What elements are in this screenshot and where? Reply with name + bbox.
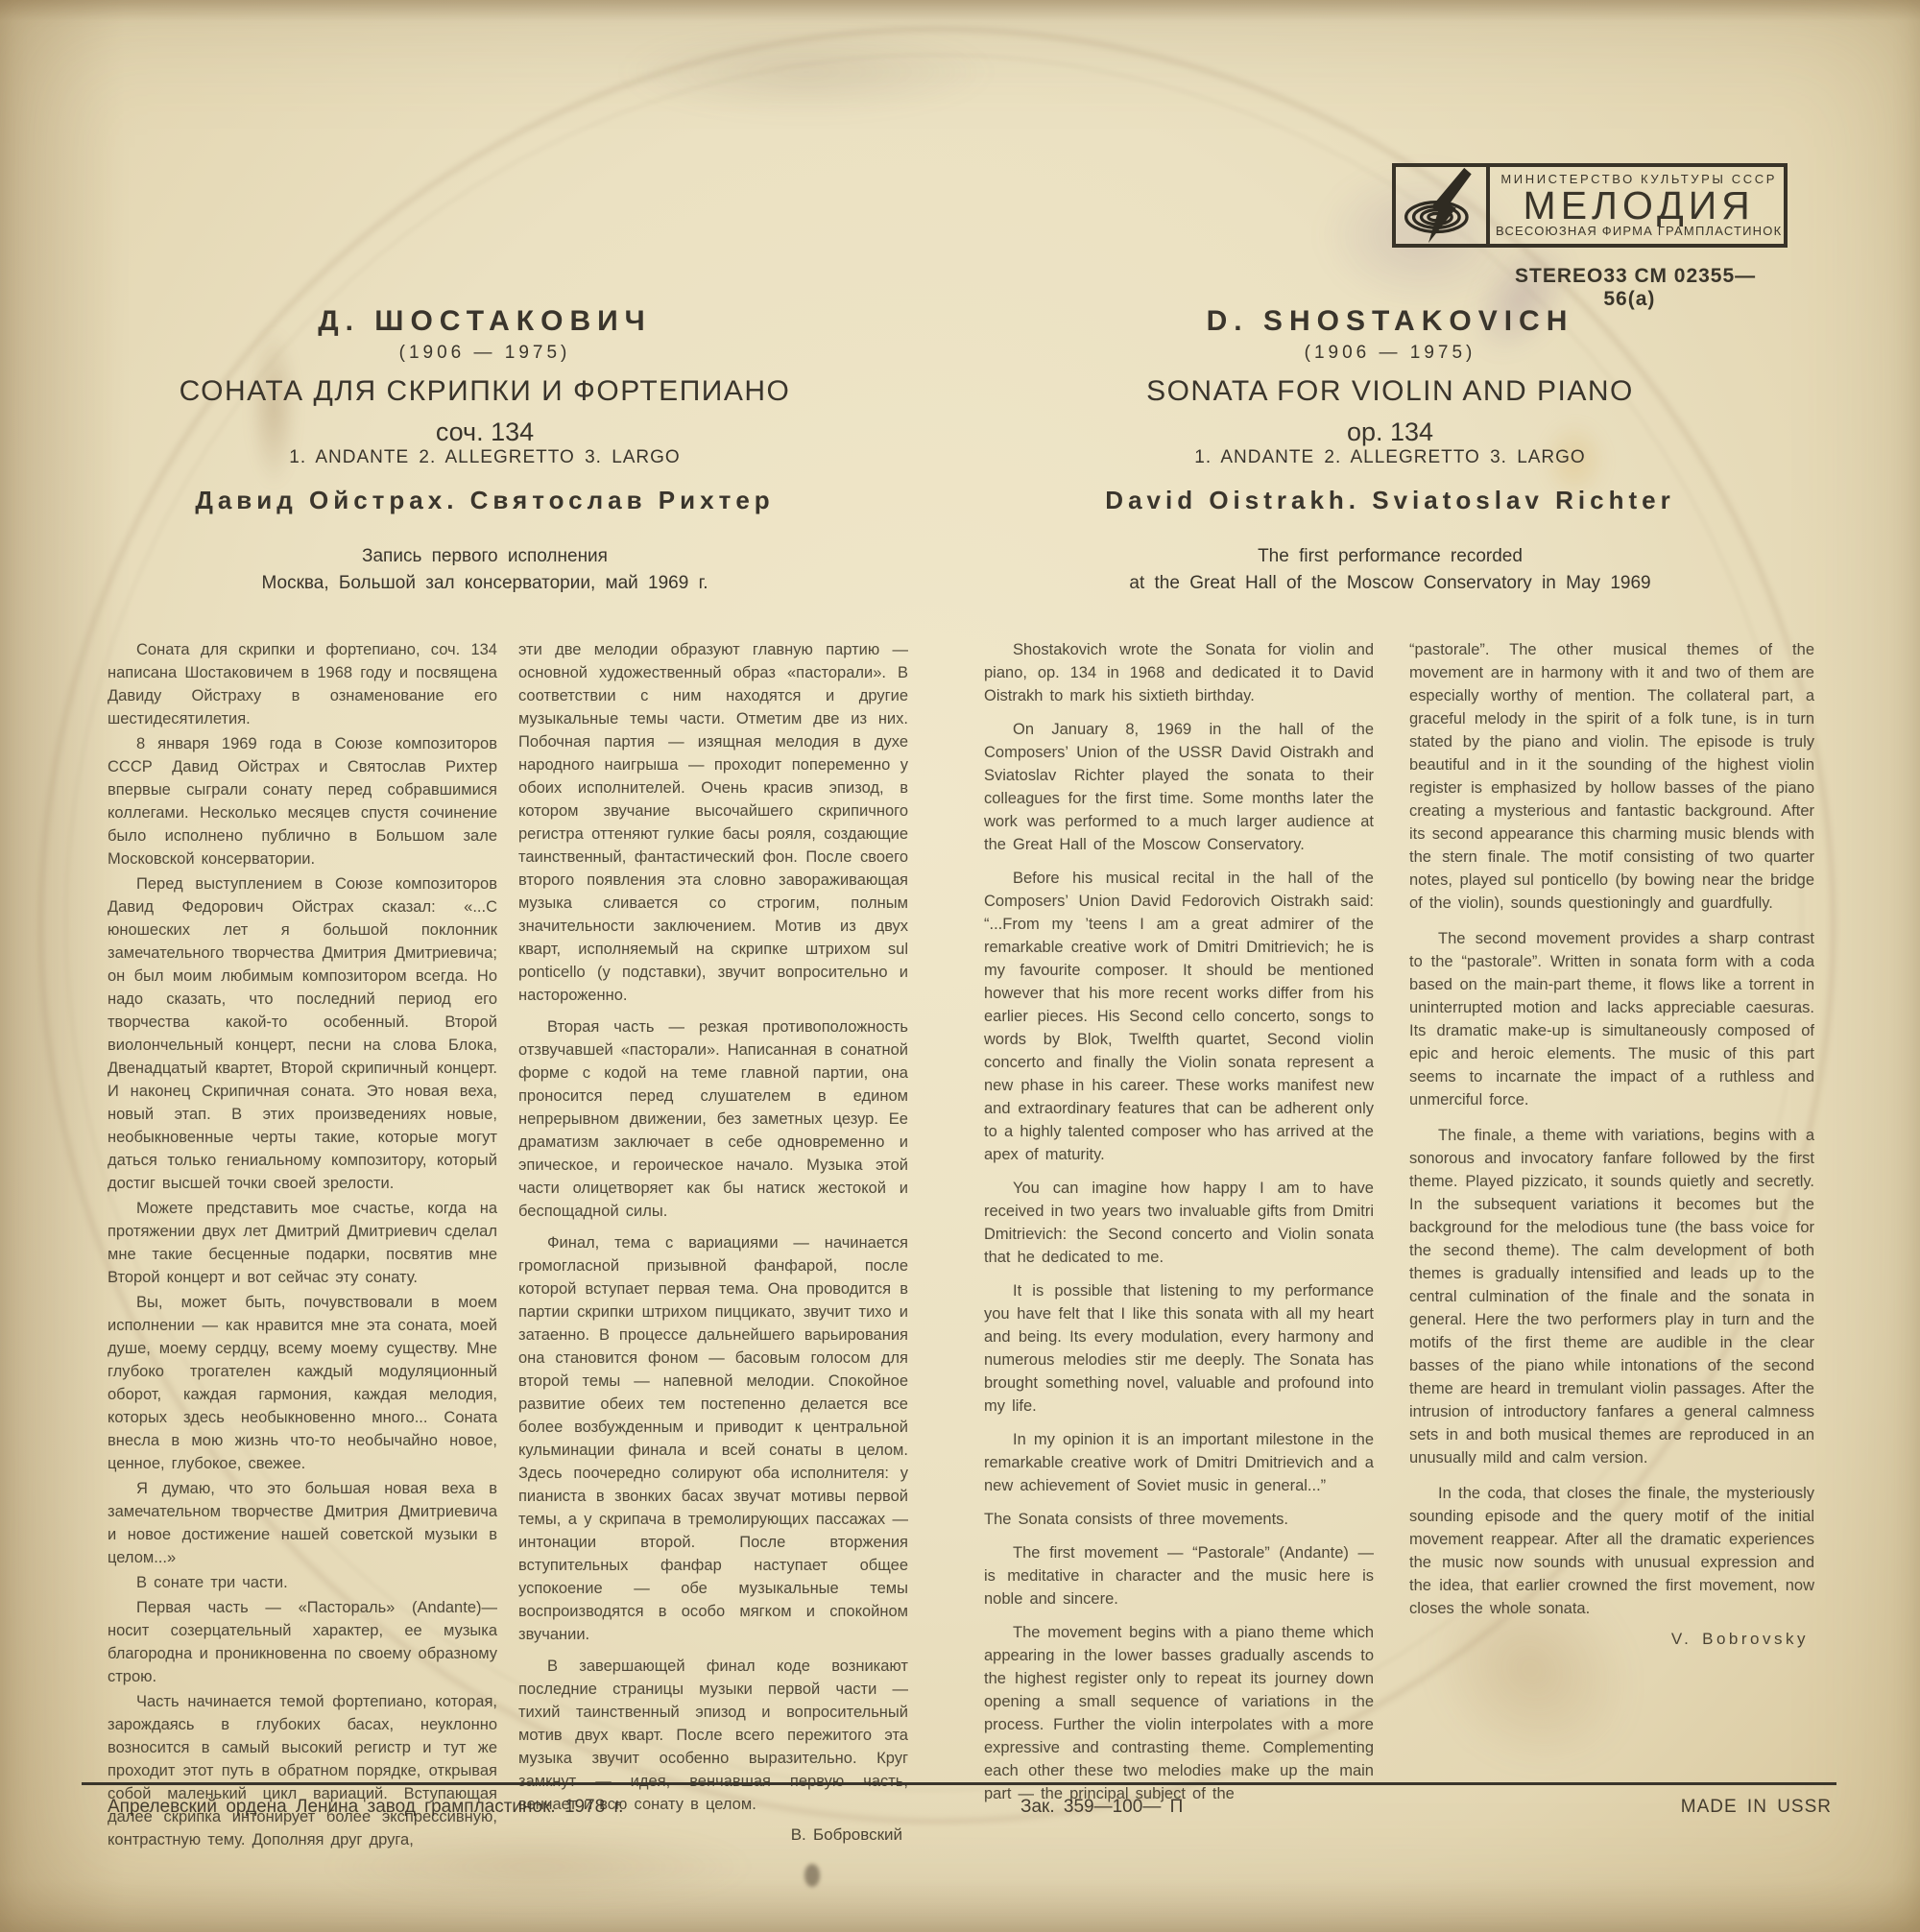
record-sleeve-back: МИНИСТЕРСТВО КУЛЬТУРЫ СССР МЕЛОДИЯ ВСЕСО… <box>0 0 1920 1932</box>
paragraph-list-ru-2: эти две мелодии образуют главную партию … <box>518 638 908 1816</box>
recording-note-ru-2: Москва, Большой зал консерватории, май 1… <box>88 573 881 594</box>
pressing-plant-credit: Апрелевский ордена Ленина завод грамплас… <box>108 1797 623 1818</box>
paragraph-list-en-1: Shostakovich wrote the Sonata for violin… <box>984 638 1374 1805</box>
composer-years-en: (1906 — 1975) <box>975 343 1805 364</box>
catalog-row: STEREO 33 СМ 02355—56(а) <box>1515 265 1805 311</box>
performers-ru: Давид Ойстрах. Святослав Рихтер <box>88 486 881 515</box>
movement-list-ru: 1. ANDANTE 2. ALLEGRETTO 3. LARGO <box>88 447 881 468</box>
composer-years-ru: (1906 — 1975) <box>88 343 881 364</box>
opus-number-ru: соч. 134 <box>88 417 881 447</box>
paragraph: The movement begins with a piano theme w… <box>984 1621 1374 1805</box>
print-order-number: Зак. 359—100— П <box>1020 1797 1183 1818</box>
made-in-ussr-label: MADE IN USSR <box>1681 1797 1832 1818</box>
liner-notes-ru-column-2: эти две мелодии образуют главную партию … <box>518 638 908 1847</box>
paragraph: In the coda, that closes the finale, the… <box>1409 1482 1814 1620</box>
footer-rule <box>82 1782 1836 1785</box>
paragraph-list-en-2: “pastorale”. The other musical themes of… <box>1409 638 1814 1620</box>
paragraph: Можете представить мое счастье, когда на… <box>108 1197 497 1289</box>
paragraph: Соната для скрипки и фортепиано, соч. 13… <box>108 638 497 730</box>
paragraph: 8 января 1969 года в Союзе композиторов … <box>108 732 497 871</box>
melodiya-brand: МЕЛОДИЯ <box>1496 187 1782 224</box>
composer-name-en: D. SHOSTAKOVICH <box>975 305 1805 338</box>
recording-note-en-2: at the Great Hall of the Moscow Conserva… <box>975 573 1805 594</box>
liner-notes-ru-column-1: Соната для скрипки и фортепиано, соч. 13… <box>108 638 497 1851</box>
paragraph: It is possible that listening to my perf… <box>984 1279 1374 1418</box>
recording-note-ru-1: Запись первого исполнения <box>88 546 881 567</box>
firm-line: ВСЕСОЮЗНАЯ ФИРМА ГРАМПЛАСТИНОК <box>1496 224 1782 238</box>
stain-speck <box>804 1864 820 1887</box>
paragraph: Часть начинается темой фортепиано, котор… <box>108 1690 497 1851</box>
paragraph: Я думаю, что это большая новая веха в за… <box>108 1477 497 1569</box>
paragraph: эти две мелодии образуют главную партию … <box>518 638 908 1007</box>
paragraph-list-ru-1: Соната для скрипки и фортепиано, соч. 13… <box>108 638 497 1851</box>
paragraph: “pastorale”. The other musical themes of… <box>1409 638 1814 915</box>
paragraph: In my opinion it is an important milesto… <box>984 1428 1374 1497</box>
liner-notes-en-column-1: Shostakovich wrote the Sonata for violin… <box>984 638 1374 1805</box>
paragraph: Before his musical recital in the hall o… <box>984 867 1374 1166</box>
melodiya-logo-text: МИНИСТЕРСТВО КУЛЬТУРЫ СССР МЕЛОДИЯ ВСЕСО… <box>1490 167 1788 244</box>
composer-name-ru: Д. ШОСТАКОВИЧ <box>88 305 881 338</box>
work-title-ru: СОНАТА ДЛЯ СКРИПКИ И ФОРТЕПИАНО <box>88 375 881 408</box>
author-signature-ru: В. Бобровский <box>518 1824 902 1847</box>
paragraph: Вторая часть — резкая противоположность … <box>518 1015 908 1223</box>
paragraph: The Sonata consists of three movements. <box>984 1508 1374 1531</box>
melodiya-emblem-icon <box>1396 167 1490 244</box>
melodiya-logo-box: МИНИСТЕРСТВО КУЛЬТУРЫ СССР МЕЛОДИЯ ВСЕСО… <box>1392 163 1788 248</box>
paragraph: On January 8, 1969 in the hall of the Co… <box>984 718 1374 856</box>
paragraph: Вы, может быть, почувствовали в моем исп… <box>108 1291 497 1475</box>
edge-left-shading <box>0 0 125 1932</box>
paragraph: The first movement — “Pastorale” (Andant… <box>984 1541 1374 1610</box>
movement-list-en: 1. ANDANTE 2. ALLEGRETTO 3. LARGO <box>975 447 1805 468</box>
paragraph: Первая часть — «Пастораль» (Andante)— но… <box>108 1596 497 1688</box>
work-title-en: SONATA FOR VIOLIN AND PIANO <box>975 375 1805 408</box>
recording-note-en-1: The first performance recorded <box>975 546 1805 567</box>
author-signature-en: V. Bobrovsky <box>1409 1628 1809 1651</box>
paragraph: The finale, a theme with variations, beg… <box>1409 1124 1814 1469</box>
stain-top-smudge <box>538 10 1075 134</box>
opus-number-en: op. 134 <box>975 417 1805 447</box>
performers-en: David Oistrakh. Sviatoslav Richter <box>975 486 1805 515</box>
paragraph: Shostakovich wrote the Sonata for violin… <box>984 638 1374 707</box>
stereo-label: STEREO <box>1515 265 1603 311</box>
liner-notes-en-column-2: “pastorale”. The other musical themes of… <box>1409 638 1814 1651</box>
paragraph: The second movement provides a sharp con… <box>1409 927 1814 1111</box>
edge-bottom-shading <box>0 1879 1920 1932</box>
paragraph: Финал, тема с вариациями — начинается гр… <box>518 1231 908 1646</box>
catalog-number: 33 СМ 02355—56(а) <box>1603 265 1805 311</box>
edge-top-shading <box>0 0 1920 21</box>
paragraph: You can imagine how happy I am to have r… <box>984 1177 1374 1269</box>
paragraph: Перед выступлением в Союзе композиторов … <box>108 872 497 1195</box>
paragraph: В завершающей финал коде возникают после… <box>518 1655 908 1816</box>
paragraph: В сонате три части. <box>108 1571 497 1594</box>
